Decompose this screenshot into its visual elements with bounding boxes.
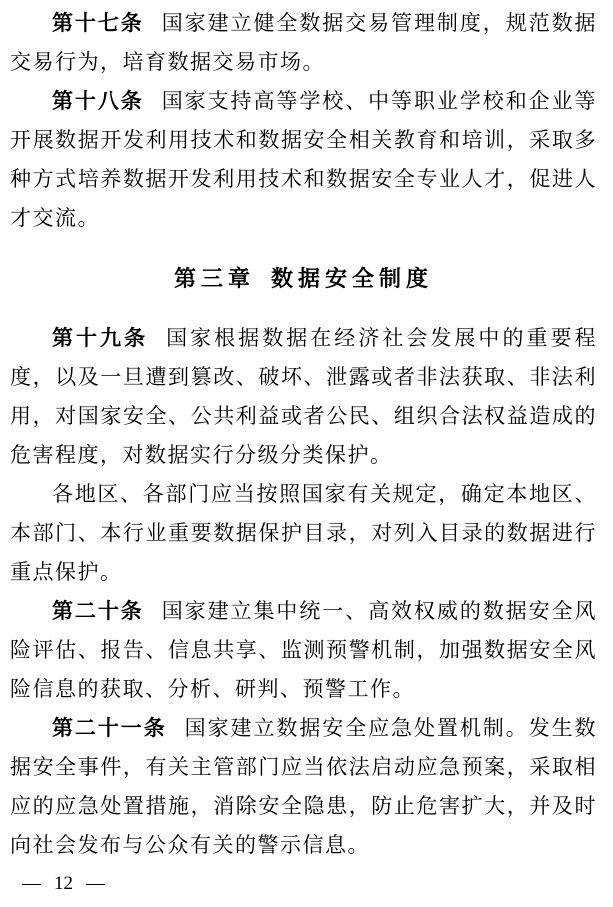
article-number: 第二十条 (52, 600, 144, 623)
article-number: 第十九条 (52, 327, 148, 350)
article-paragraph: 第二十条国家建立集中统一、高效权威的数据安全风险评估、报告、信息共享、监测预警机… (10, 592, 597, 709)
chapter-title: 数据安全制度 (271, 266, 433, 291)
chapter-heading: 第三章数据安全制度 (10, 259, 597, 298)
paragraph-text: 各地区、各部门应当按照国家有关规定，确定本地区、本部门、本行业重要数据保护目录，… (10, 482, 597, 584)
footer-dash-left: — (22, 873, 41, 895)
article-number: 第十八条 (52, 90, 144, 113)
chapter-number: 第三章 (174, 266, 255, 291)
document-body: 第十七条国家建立健全数据交易管理制度，规范数据交易行为，培育数据交易市场。第十八… (10, 4, 597, 865)
article-paragraph: 第十八条国家支持高等学校、中等职业学校和企业等开展数据开发利用技术和数据安全相关… (10, 82, 597, 238)
page-footer: — 12 — (22, 873, 105, 895)
article-number: 第二十一条 (52, 717, 167, 740)
article-paragraph: 第十九条国家根据数据在经济社会发展中的重要程度，以及一旦遭到篡改、破坏、泄露或者… (10, 319, 597, 475)
body-paragraph: 各地区、各部门应当按照国家有关规定，确定本地区、本部门、本行业重要数据保护目录，… (10, 475, 597, 592)
article-paragraph: 第二十一条国家建立数据安全应急处置机制。发生数据安全事件，有关主管部门应当依法启… (10, 709, 597, 865)
article-number: 第十七条 (52, 12, 144, 35)
document-page: 第十七条国家建立健全数据交易管理制度，规范数据交易行为，培育数据交易市场。第十八… (0, 0, 613, 907)
page-number: 12 (54, 873, 73, 895)
footer-dash-right: — (86, 873, 105, 895)
article-paragraph: 第十七条国家建立健全数据交易管理制度，规范数据交易行为，培育数据交易市场。 (10, 4, 597, 82)
